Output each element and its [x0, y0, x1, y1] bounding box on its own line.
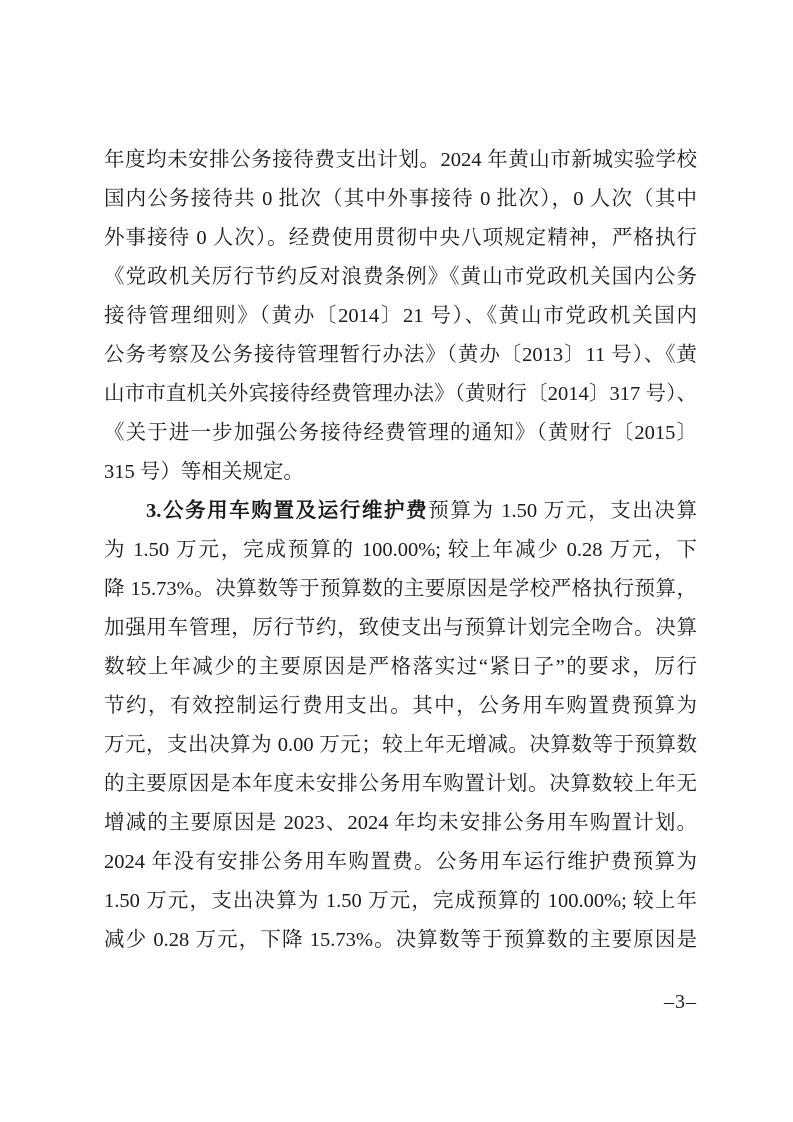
inline-heading: 3.公务用车购置及运行维护费 — [146, 500, 428, 522]
text-line: 加强用车管理，厉行节约，致使支出与预算计划完全吻合。决算 — [104, 609, 697, 648]
text-line: 节约，有效控制运行费用支出。其中，公务用车购置费预算为 0.00 — [104, 687, 697, 726]
text-line: 万元，支出决算为 0.00 万元；较上年无增减。决算数等于预算数 — [104, 726, 697, 765]
text-segment: 《关于进一步加强公务接待经费管理的通知》（黄财行〔2015〕 — [104, 422, 697, 444]
text-segment: 1.50 万元，支出决算为 1.50 万元，完成预算的 100.00%; 较上年 — [104, 890, 697, 912]
text-line: 接待管理细则》（黄办〔2014〕21 号）、《黄山市党政机关国内 — [104, 297, 697, 336]
text-line: 减少 0.28 万元，下降 15.73%。决算数等于预算数的主要原因是 — [104, 921, 697, 960]
page-number: –3– — [104, 988, 697, 1016]
text-line: 国内公务接待共 0 批次（其中外事接待 0 批次），0 人次（其中 — [104, 180, 697, 219]
text-line: 降 15.73%。决算数等于预算数的主要原因是学校严格执行预算， — [104, 570, 697, 609]
text-segment: 接待管理细则》（黄办〔2014〕21 号）、《黄山市党政机关国内 — [104, 305, 697, 327]
text-segment: 增减的主要原因是 2023、2024 年均未安排公务用车购置计划。 — [104, 812, 697, 834]
text-segment: 为 1.50 万元，完成预算的 100.00%; 较上年减少 0.28 万元，下 — [104, 539, 697, 561]
text-line: 《关于进一步加强公务接待经费管理的通知》（黄财行〔2015〕 — [104, 414, 697, 453]
text-segment: 节约，有效控制运行费用支出。其中，公务用车购置费预算为 0.00 — [104, 695, 697, 726]
text-line: 公务考察及公务接待管理暂行办法》（黄办〔2013〕11 号）、《黄 — [104, 336, 697, 375]
text-line: 《党政机关厉行节约反对浪费条例》《黄山市党政机关国内公务 — [104, 258, 697, 297]
text-segment: 2024 年没有安排公务用车购置费。公务用车运行维护费预算为 — [104, 851, 697, 873]
text-line: 为 1.50 万元，完成预算的 100.00%; 较上年减少 0.28 万元，下 — [104, 531, 697, 570]
text-line: 年度均未安排公务接待费支出计划。2024 年黄山市新城实验学校 — [104, 141, 697, 180]
text-segment: 预算为 1.50 万元，支出决算 — [428, 500, 697, 522]
text-line: 315 号）等相关规定。 — [104, 453, 697, 492]
text-segment: 减少 0.28 万元，下降 15.73%。决算数等于预算数的主要原因是 — [104, 929, 697, 951]
document-page: 年度均未安排公务接待费支出计划。2024 年黄山市新城实验学校国内公务接待共 0… — [0, 0, 793, 1122]
text-segment: 公务考察及公务接待管理暂行办法》（黄办〔2013〕11 号）、《黄 — [104, 344, 697, 366]
text-line: 2024 年没有安排公务用车购置费。公务用车运行维护费预算为 — [104, 843, 697, 882]
text-segment: 315 号）等相关规定。 — [104, 461, 304, 483]
text-line: 3.公务用车购置及运行维护费预算为 1.50 万元，支出决算 — [104, 492, 697, 531]
text-segment: 加强用车管理，厉行节约，致使支出与预算计划完全吻合。决算 — [104, 617, 697, 639]
text-line: 山市市直机关外宾接待经费管理办法》（黄财行〔2014〕317 号）、 — [104, 375, 697, 414]
text-segment: 降 15.73%。决算数等于预算数的主要原因是学校严格执行预算， — [104, 578, 697, 600]
text-segment: 山市市直机关外宾接待经费管理办法》（黄财行〔2014〕317 号）、 — [104, 383, 697, 405]
text-segment: 万元，支出决算为 0.00 万元；较上年无增减。决算数等于预算数 — [104, 734, 697, 756]
text-segment: 数较上年减少的主要原因是严格落实过“紧日子”的要求，厉行 — [104, 656, 697, 678]
text-segment: 国内公务接待共 0 批次（其中外事接待 0 批次），0 人次（其中 — [104, 188, 697, 210]
text-segment: 外事接待 0 人次）。经费使用贯彻中央八项规定精神，严格执行 — [104, 227, 697, 249]
text-line: 数较上年减少的主要原因是严格落实过“紧日子”的要求，厉行 — [104, 648, 697, 687]
text-line: 外事接待 0 人次）。经费使用贯彻中央八项规定精神，严格执行 — [104, 219, 697, 258]
text-line: 1.50 万元，支出决算为 1.50 万元，完成预算的 100.00%; 较上年 — [104, 882, 697, 921]
text-line: 增减的主要原因是 2023、2024 年均未安排公务用车购置计划。 — [104, 804, 697, 843]
text-segment: 《党政机关厉行节约反对浪费条例》《黄山市党政机关国内公务 — [104, 266, 697, 288]
text-line: 的主要原因是本年度未安排公务用车购置计划。决算数较上年无 — [104, 765, 697, 804]
text-segment: 年度均未安排公务接待费支出计划。2024 年黄山市新城实验学校 — [104, 149, 697, 171]
text-segment: 的主要原因是本年度未安排公务用车购置计划。决算数较上年无 — [104, 773, 697, 795]
document-body-text: 年度均未安排公务接待费支出计划。2024 年黄山市新城实验学校国内公务接待共 0… — [104, 141, 697, 960]
